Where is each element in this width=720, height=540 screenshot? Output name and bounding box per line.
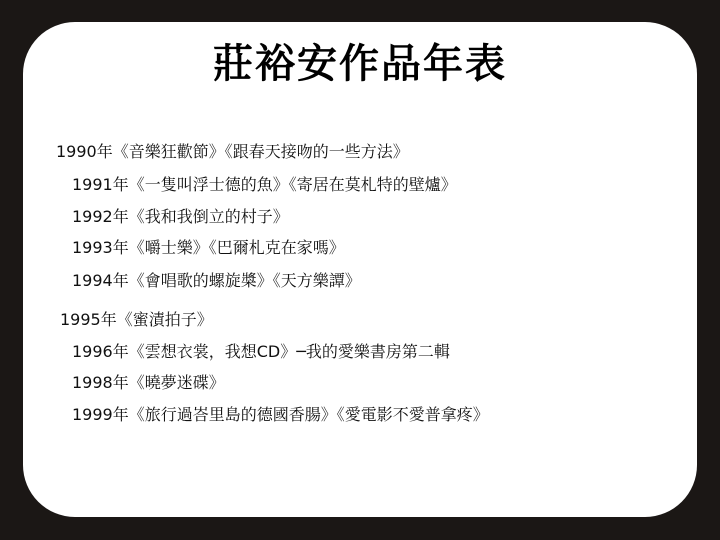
entry-1991: 1991年《一隻叫浮士德的魚》《寄居在莫札特的壁爐》 (72, 174, 457, 196)
entry-1992: 1992年《我和我倒立的村子》 (72, 206, 289, 228)
entry-1996: 1996年《雲想衣裳，我想CD》─我的愛樂書房第二輯 (72, 341, 450, 363)
entry-1993: 1993年《嚼士樂》《巴爾札克在家嗎》 (72, 237, 345, 259)
entry-1998: 1998年《曉夢迷碟》 (72, 372, 225, 394)
entry-1994: 1994年《會唱歌的螺旋槳》《天方樂譚》 (72, 270, 361, 292)
entry-1999: 1999年《旅行過峇里島的德國香腸》《愛電影不愛普拿疼》 (72, 404, 489, 426)
entry-1995: 1995年《蜜漬拍子》 (60, 309, 213, 331)
slide-title: 莊裕安作品年表 (0, 38, 720, 90)
entry-1990: 1990年《音樂狂歡節》《跟春天接吻的一些方法》 (56, 141, 409, 163)
